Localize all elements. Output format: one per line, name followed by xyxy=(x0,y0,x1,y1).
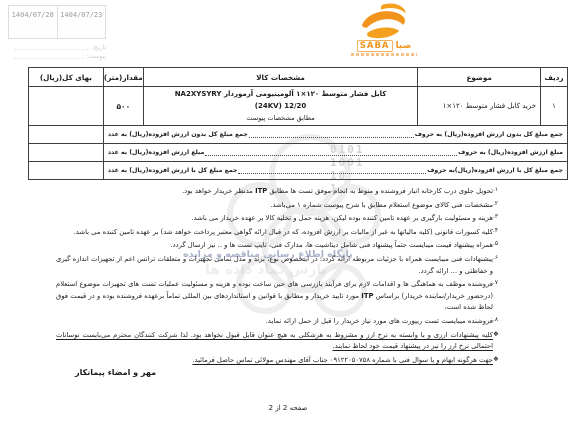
note-text: تحویل جلوی درب کارخانه انبار فروشنده و م… xyxy=(56,186,493,198)
dotted-fill-line xyxy=(205,155,457,156)
note-text: همراه پیشنهاد قیمت میبایست حتماً پیشنهاد… xyxy=(56,240,493,252)
diamond-bullet-icon: ❖ xyxy=(493,330,505,353)
note-text: فروشنده میبایست تست ریپورت های مورد نیاز… xyxy=(56,316,493,328)
note-text: کلیه پیشنهادات ارزی و یا وابسته به نرخ ا… xyxy=(56,330,493,353)
special-note-item: ❖کلیه پیشنهادات ارزی و یا وابسته به نرخ … xyxy=(56,330,505,353)
item-qty: ۵۰۰ xyxy=(103,87,143,126)
note-number: ۲. xyxy=(493,200,505,212)
corner-labels: تاریخ: پیوست: xyxy=(14,42,106,60)
diamond-bullet-icon: ❖ xyxy=(493,355,505,367)
contractor-signature-label: مهر و امضاء پیمانکار xyxy=(75,368,156,377)
note-text: فروشنده موظف به هماهنگی ها و اقدامات لاز… xyxy=(56,279,493,314)
logo-latin-text: SABA xyxy=(357,40,393,52)
item-specs: کابل فشار متوسط ۱۲۰×۱ آلومینیومی آرموردا… xyxy=(143,87,417,126)
note-number: ۵. xyxy=(493,240,505,252)
special-note-item: ❖جهت هرگونه ابهام و یا سوال فنی با شماره… xyxy=(56,355,505,367)
note-number: ۳. xyxy=(493,213,505,225)
header-total: بهای کل(ریال) xyxy=(29,68,104,87)
summary-row-without-vat: جمع مبلغ کل بدون ارزش افزوده(ریال) به حر… xyxy=(29,126,568,144)
note-text: جهت هرگونه ابهام و یا سوال فنی با شماره … xyxy=(56,355,493,367)
summary-line: جمع مبلغ کل با ارزش افزوده(ریال)به حروف … xyxy=(103,162,567,180)
summary-words-label: جمع مبلغ کل بدون ارزش افزوده(ریال) به حر… xyxy=(415,130,563,140)
summary-number-label: مبلغ ارزش افزوده(ریال) به عدد xyxy=(108,148,205,158)
item-total-price xyxy=(29,87,104,126)
note-number: ۶. xyxy=(493,254,505,277)
note-number: ۷. xyxy=(493,279,505,314)
table-row: ۱ خرید کابل فشار متوسط ۱۲۰×۱ کابل فشار م… xyxy=(29,87,568,126)
logo-tagline-decor xyxy=(351,53,417,56)
note-text: پیشنهادات فنی میبایست همراه با جزئیات مر… xyxy=(56,254,493,277)
company-logo: صبا SABA xyxy=(338,2,430,56)
page-number: صفحه 2 از 2 xyxy=(0,404,576,412)
summary-amount-cell xyxy=(29,144,104,162)
summary-number-label: جمع مبلغ کل بدون ارزش افزوده(ریال) به عد… xyxy=(108,130,248,140)
date-label: تاریخ: xyxy=(92,44,106,51)
summary-number-label: جمع مبلغ کل با ارزش افزوده(ریال) به عدد xyxy=(108,166,238,176)
saba-swoosh-icon xyxy=(355,2,413,42)
header-row-number: ردیف xyxy=(541,68,568,87)
dotted-fill-line xyxy=(249,137,414,138)
summary-line: جمع مبلغ کل بدون ارزش افزوده(ریال) به حر… xyxy=(103,126,567,144)
note-item: ۱.تحویل جلوی درب کارخانه انبار فروشنده و… xyxy=(56,186,505,198)
stamp-date-right: 1404/07/23 xyxy=(58,6,106,38)
date-dotted-line xyxy=(14,49,90,50)
note-item: ۶.پیشنهادات فنی میبایست همراه با جزئیات … xyxy=(56,254,505,277)
summary-words-label: مبلغ ارزش افزوده(ریال) به حروف xyxy=(458,148,563,158)
item-subject: خرید کابل فشار متوسط ۱۲۰×۱ xyxy=(418,87,541,126)
items-table: ردیف موضوع مشخصات کالا مقدار(متر) بهای ک… xyxy=(28,67,568,180)
header-qty: مقدار(متر) xyxy=(103,68,143,87)
note-number: ۸. xyxy=(493,316,505,328)
header-subject: موضوع xyxy=(418,68,541,87)
note-item: ۲.مشخصات فنی کالای موضوع استعلام مطابق ب… xyxy=(56,200,505,212)
summary-line: مبلغ ارزش افزوده(ریال) به حروف مبلغ ارزش… xyxy=(103,144,567,162)
note-text: مشخصات فنی کالای موضوع استعلام مطابق با … xyxy=(56,200,493,212)
note-item: ۳.هزینه و مسئولیت بارگیری بر عهده تامین … xyxy=(56,213,505,225)
summary-amount-cell xyxy=(29,162,104,180)
notes-list: ۱.تحویل جلوی درب کارخانه انبار فروشنده و… xyxy=(56,186,505,368)
summary-row-with-vat: جمع مبلغ کل با ارزش افزوده(ریال)به حروف … xyxy=(29,162,568,180)
logo-farsi-text: صبا xyxy=(396,41,412,51)
summary-amount-cell xyxy=(29,126,104,144)
attachment-label: پیوست: xyxy=(86,53,106,60)
note-item: ۵.همراه پیشنهاد قیمت میبایست حتماً پیشنه… xyxy=(56,240,505,252)
dotted-fill-line xyxy=(238,173,426,174)
item-row-number: ۱ xyxy=(541,87,568,126)
note-text: کلیه کسورات قانونی (کلیه مالیاتها به غیر… xyxy=(56,227,493,239)
spec-line-3: مطابق مشخصات پیوست xyxy=(146,112,415,124)
note-item: ۸.فروشنده میبایست تست ریپورت های مورد نی… xyxy=(56,316,505,328)
table-header-row: ردیف موضوع مشخصات کالا مقدار(متر) بهای ک… xyxy=(29,68,568,87)
spec-line-2: 12/20 (24KV) xyxy=(146,101,415,112)
note-item: ۷.فروشنده موظف به هماهنگی ها و اقدامات ل… xyxy=(56,279,505,314)
note-number: ۱. xyxy=(493,186,505,198)
date-stamp-box: 1404/07/28 1404/07/23 xyxy=(8,5,106,39)
note-item: ۴.کلیه کسورات قانونی (کلیه مالیاتها به غ… xyxy=(56,227,505,239)
document-page: { "stamps": { "date_left": "1404/07/28",… xyxy=(0,0,576,438)
note-number: ۴. xyxy=(493,227,505,239)
note-text: هزینه و مسئولیت بارگیری بر عهده تامین کن… xyxy=(56,213,493,225)
summary-words-label: جمع مبلغ کل با ارزش افزوده(ریال)به حروف xyxy=(427,166,563,176)
header-specs: مشخصات کالا xyxy=(143,68,417,87)
attachment-dotted-line xyxy=(14,58,84,59)
summary-row-vat: مبلغ ارزش افزوده(ریال) به حروف مبلغ ارزش… xyxy=(29,144,568,162)
stamp-date-left: 1404/07/28 xyxy=(9,6,58,38)
spec-line-1: کابل فشار متوسط ۱۲۰×۱ آلومینیومی آرموردا… xyxy=(146,88,415,101)
